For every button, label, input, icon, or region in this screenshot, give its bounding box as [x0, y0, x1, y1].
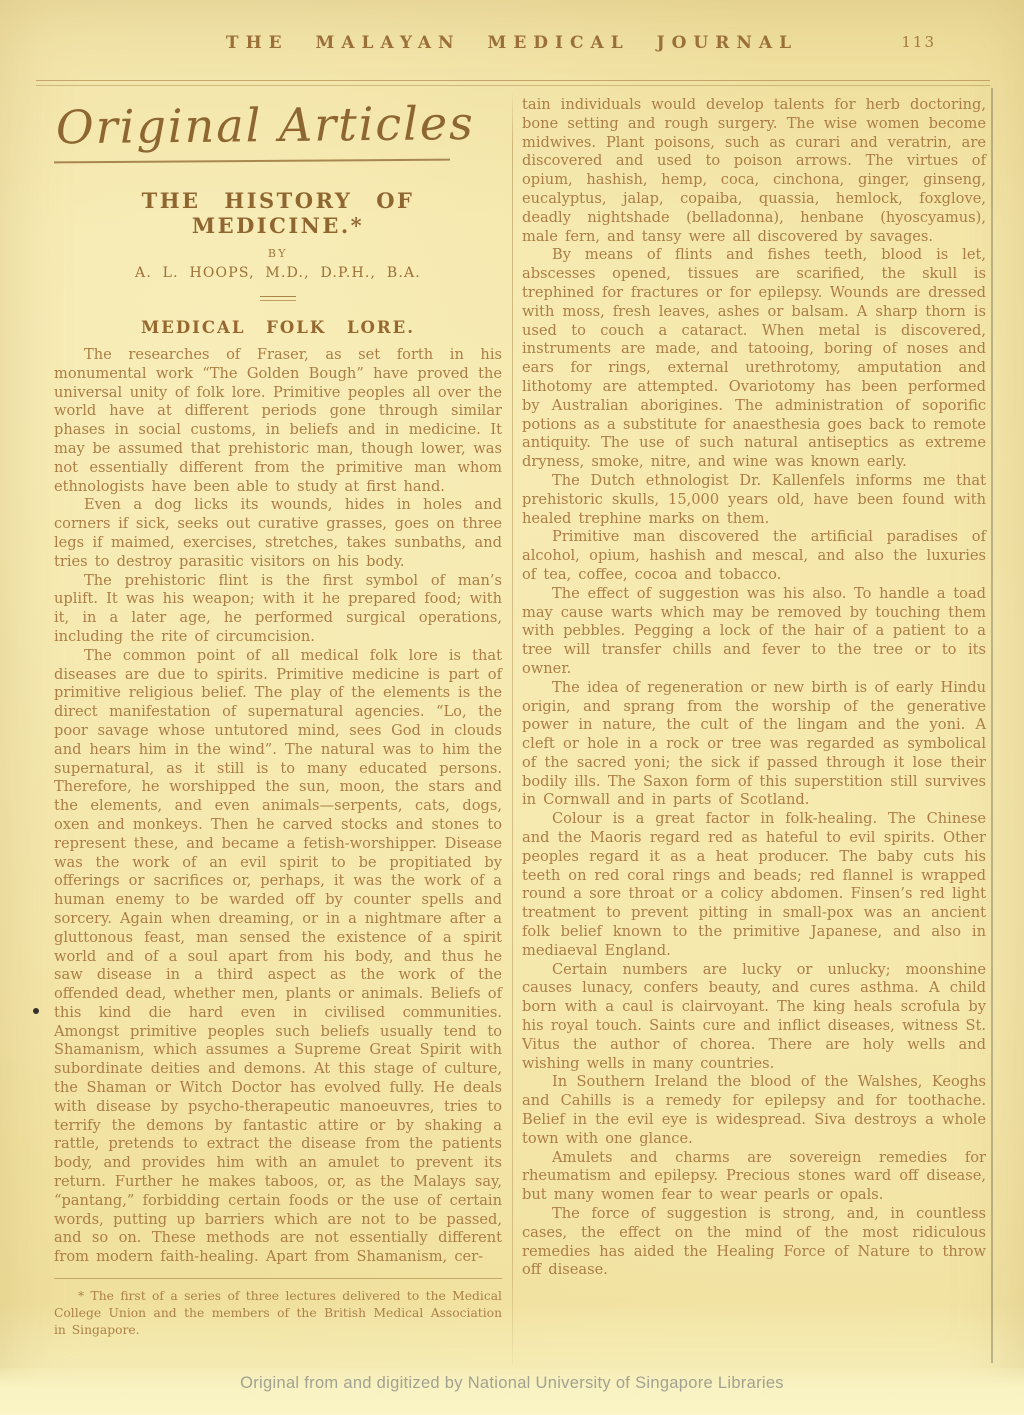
author-name: A. L. HOOPS, M.D., D.P.H., B.A. — [54, 265, 502, 281]
paragraph: By means of flints and fishes teeth, blo… — [522, 246, 986, 472]
column-divider-rule — [512, 94, 513, 1365]
two-column-layout: Original Articles THE HISTORY OF MEDICIN… — [54, 94, 986, 1365]
paragraph: The Dutch ethnologist Dr. Kallenfels inf… — [522, 472, 986, 528]
article-title: THE HISTORY OF MEDICINE.* — [54, 188, 502, 238]
paragraph: Even a dog licks its wounds, hides in ho… — [54, 496, 502, 571]
section-heading-medical-folk-lore: MEDICAL FOLK LORE. — [54, 318, 502, 337]
paragraph: Amulets and charms are sovereign remedie… — [522, 1149, 986, 1205]
paragraph: The idea of regeneration or new birth is… — [522, 679, 986, 811]
paragraph: The researches of Fraser, as set forth i… — [54, 346, 502, 496]
paragraph: tain individuals would develop talents f… — [522, 96, 986, 246]
paragraph: Colour is a great factor in folk-healing… — [522, 810, 986, 960]
ink-speck — [33, 1008, 39, 1014]
digitization-credit: Original from and digitized by National … — [240, 1374, 784, 1393]
footnote-text: * The first of a series of three lecture… — [54, 1288, 502, 1339]
digitization-footer: Original from and digitized by National … — [0, 1368, 1024, 1415]
paragraph: Primitive man discovered the artificial … — [522, 528, 986, 584]
right-column-body: tain individuals would develop talents f… — [522, 96, 986, 1280]
page-number: 113 — [901, 33, 936, 51]
left-column-body: The researches of Fraser, as set forth i… — [54, 346, 502, 1267]
paragraph: Certain numbers are lucky or unlucky; mo… — [522, 961, 986, 1074]
footnote-rule — [54, 1278, 502, 1279]
right-column: tain individuals would develop talents f… — [522, 94, 986, 1365]
paragraph: The force of suggestion is strong, and, … — [522, 1205, 986, 1280]
paragraph: The effect of suggestion was his also. T… — [522, 585, 986, 679]
header-double-rule — [36, 80, 990, 86]
byline-prefix: BY — [54, 247, 502, 260]
divider-dash — [260, 296, 296, 301]
left-column: Original Articles THE HISTORY OF MEDICIN… — [54, 94, 502, 1365]
paragraph: The common point of all medical folk lor… — [54, 647, 502, 1267]
section-heading-original-articles: Original Articles — [56, 96, 503, 155]
paragraph: The prehistoric flint is the first symbo… — [54, 572, 502, 647]
journal-running-title: THE MALAYAN MEDICAL JOURNAL — [0, 33, 1024, 53]
paragraph: In Southern Ireland the blood of the Wal… — [522, 1073, 986, 1148]
section-heading-underline — [54, 159, 450, 164]
scan-edge-line — [991, 88, 993, 1363]
journal-page-scan: THE MALAYAN MEDICAL JOURNAL 113 Original… — [0, 0, 1024, 1415]
